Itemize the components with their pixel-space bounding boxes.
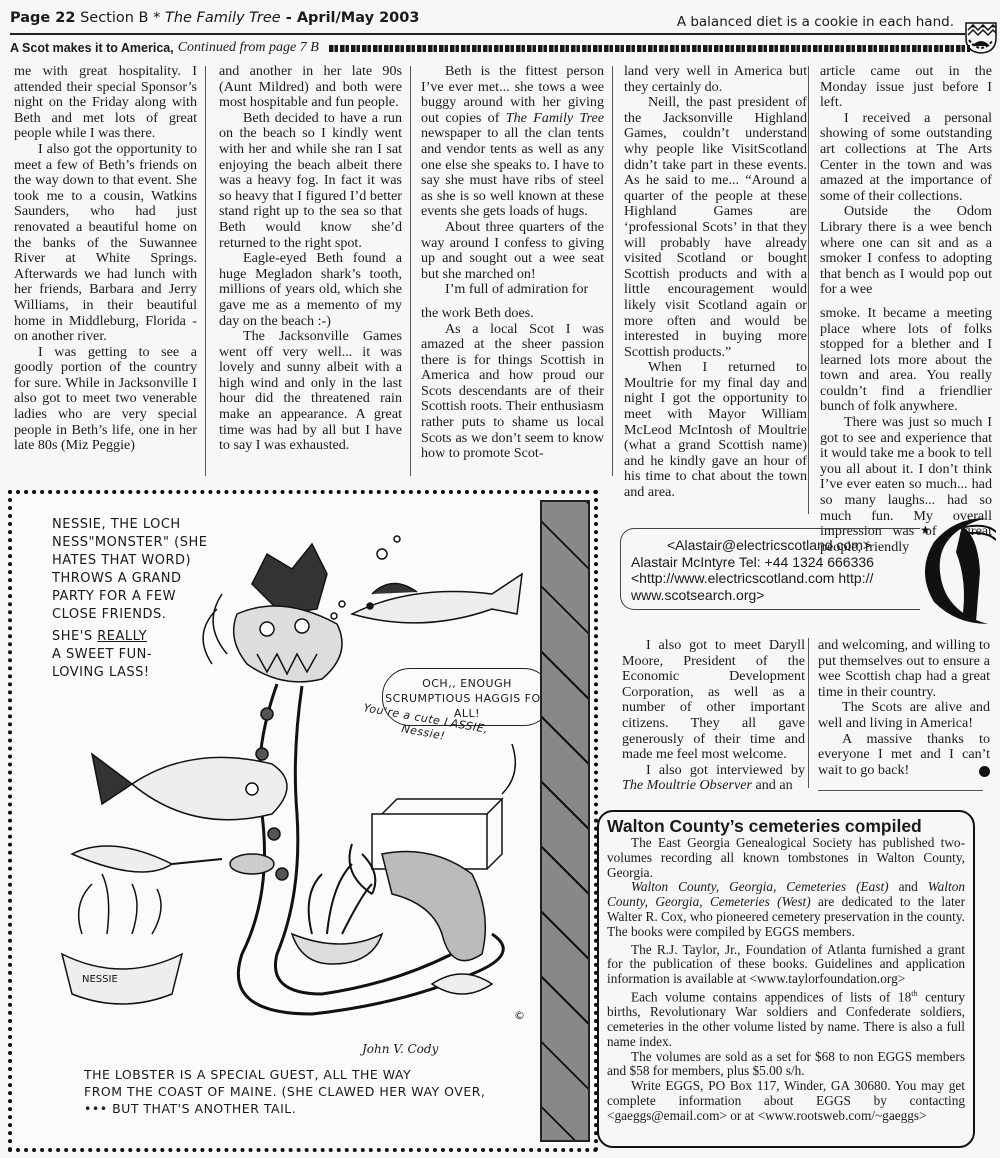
issue-date: - April/May 2003 [281,10,420,26]
article-end-rule [818,790,983,791]
paragraph: The Scots are alive and well and living … [818,700,990,731]
decorative-stripe-bar [540,500,590,1142]
paragraph: Outside the Odom Library there is a wee … [820,204,992,298]
paragraph: and another in her late 90s (Aunt Mildre… [219,64,402,111]
paragraph: I’m full of admiration for [421,282,604,298]
tagline: A balanced diet is a cookie in each hand… [677,14,954,30]
paragraph: I received a personal showing of some ou… [820,111,992,205]
paragraph: and welcoming, and willing to put themse… [818,638,990,700]
paragraph: me with great hospitality. I attended th… [14,64,197,142]
article-continuation-header: A Scot makes it to America, Continued fr… [10,40,970,56]
artist-signature: John V. Cody [362,1042,438,1056]
publication-name: The Family Tree [165,10,281,26]
contact-url-2[interactable]: www.scotsearch.org> [631,587,931,604]
page-number: Page 22 [10,10,75,26]
paragraph: smoke. It became a meeting place where l… [820,306,992,415]
contact-name-phone: Alastair McIntyre Tel: +44 1324 666336 [631,554,931,571]
contact-url-1[interactable]: <http://www.electricscotland.com http:// [631,570,931,587]
paragraph: Neill, the past president of the Jackson… [624,95,807,360]
notice-title: Walton County’s cemeteries compiled [607,816,965,836]
paragraph: Each volume contains appendices of lists… [607,987,965,1050]
column-divider [205,66,206,476]
contact-email[interactable]: <Alastair@electricscotland.com> [631,537,931,554]
walton-county-notice: Walton County’s cemeteries compiled The … [597,810,975,1148]
article-column-7: and welcoming, and willing to put themse… [818,638,990,778]
end-mark-icon [979,766,990,777]
moon-maiden-illustration-icon: ★ [916,512,996,630]
decorative-band [329,45,970,52]
cartoon-drawing: NESSIE © [52,514,542,1054]
paragraph: I also got the opportunity to meet a few… [14,142,197,345]
paragraph: The Jacksonville Games went off very wel… [219,329,402,454]
article-column-2: and another in her late 90s (Aunt Mildre… [219,64,402,454]
paragraph: Eagle-eyed Beth found a huge Megladon sh… [219,251,402,329]
paragraph: Walton County, Georgia, Cemeteries (East… [607,880,965,939]
article-column-3: Beth is the fittest person I’ve ever met… [421,64,604,462]
paragraph: Write EGGS, PO Box 117, Winder, GA 30680… [607,1079,965,1123]
paragraph: the work Beth does. [421,306,604,322]
folio: Page 22 Section B * The Family Tree - Ap… [10,10,419,26]
article-column-5: article came out in the Monday issue jus… [820,64,992,555]
paragraph: land very well in America but they certa… [624,64,807,95]
column-divider [808,638,809,788]
paragraph: As a local Scot I was amazed at the shee… [421,322,604,462]
article-column-4: land very well in America but they certa… [624,64,807,501]
bowl-label: NESSIE [82,974,118,985]
paragraph: I also got interviewed by The Moultrie O… [622,763,805,794]
nessie-cartoon: NESSIE, THE LOCH NESS"MONSTER" (SHE HATE… [8,490,598,1152]
column-divider [808,66,809,514]
paragraph: The volumes are sold as a set for $68 to… [607,1050,965,1080]
cartoon-caption: THE LOBSTER IS A SPECIAL GUEST, ALL THE … [84,1066,564,1117]
publication-ref: The Moultrie Observer [622,777,752,793]
paragraph: About three quarters of the way around I… [421,220,604,282]
paragraph: Beth decided to have a run on the beach … [219,111,402,251]
page-header: Page 22 Section B * The Family Tree - Ap… [10,8,990,34]
article-column-1: me with great hospitality. I attended th… [14,64,197,454]
paragraph: I was getting to see a goodly portion of… [14,345,197,454]
publication-ref: The Family Tree [506,110,604,126]
paragraph: The R.J. Taylor, Jr., Foundation of Atla… [607,943,965,987]
paragraph: Beth is the fittest person I’ve ever met… [421,64,604,220]
contact-box: <Alastair@electricscotland.com> Alastair… [620,528,920,610]
article-title: A Scot makes it to America, [10,41,174,55]
svg-text:★: ★ [920,523,931,537]
section-label: Section B * [75,10,165,26]
column-divider [612,66,613,476]
paragraph: The East Georgia Genealogical Society ha… [607,836,965,880]
header-rule [10,33,965,35]
book-title: Walton County, Georgia, Cemeteries (East… [631,879,889,894]
article-column-6: I also got to meet Daryll Moore, Preside… [622,638,805,794]
svg-text:©: © [514,1009,525,1022]
column-divider [410,66,411,476]
paragraph: A massive thanks to everyone I met and I… [818,732,990,779]
paragraph: When I returned to Moultrie for my final… [624,360,807,500]
paragraph: article came out in the Monday issue jus… [820,64,992,111]
paragraph: I also got to meet Daryll Moore, Preside… [622,638,805,763]
continued-from: Continued from page 7 B [178,40,319,56]
